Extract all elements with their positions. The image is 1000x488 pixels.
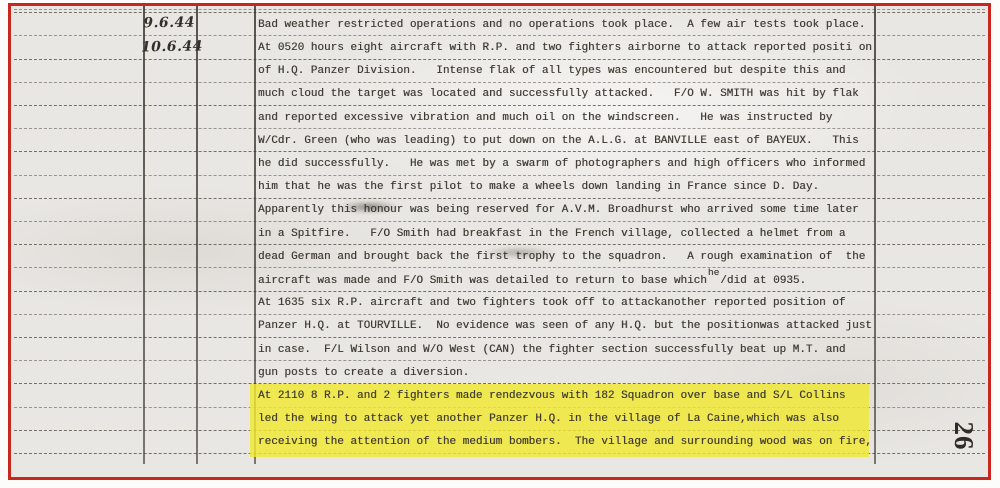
entry-text: aircraft was made and F/O Smith was deta… bbox=[258, 275, 707, 287]
entry-line: At 1635 six R.P. aircraft and two fighte… bbox=[258, 292, 876, 315]
entry-line: in case. F/L Wilson and W/O West (CAN) t… bbox=[258, 339, 876, 362]
entry-line: receiving the attention of the medium bo… bbox=[258, 431, 876, 454]
entry-line: dead German and brought back the first t… bbox=[258, 246, 876, 269]
scanned-document: 9.6.44 10.6.44 Bad weather restricted op… bbox=[0, 0, 1000, 488]
page-number: 26 bbox=[936, 408, 992, 464]
entry-line: him that he was the first pilot to make … bbox=[258, 176, 876, 199]
entry-line: At 2110 8 R.P. and 2 fighters made rende… bbox=[258, 385, 876, 408]
entry-line: Apparently this honour was being reserve… bbox=[258, 199, 876, 222]
entry-line: of H.Q. Panzer Division. Intense flak of… bbox=[258, 60, 876, 83]
entry-line: gun posts to create a diversion. bbox=[258, 362, 876, 385]
entry-line: W/Cdr. Green (who was leading) to put do… bbox=[258, 130, 876, 153]
column-divider bbox=[143, 6, 145, 464]
entry-text: /did at 0935. bbox=[720, 275, 806, 287]
column-divider bbox=[196, 6, 198, 464]
entry-line: in a Spitfire. F/O Smith had breakfast i… bbox=[258, 223, 876, 246]
document-sheet: 9.6.44 10.6.44 Bad weather restricted op… bbox=[8, 3, 991, 480]
margin-date: 9.6.44 bbox=[141, 12, 195, 36]
entry-line: led the wing to attack yet another Panze… bbox=[258, 408, 876, 431]
entry-line: Bad weather restricted operations and no… bbox=[258, 14, 876, 37]
ruled-line bbox=[14, 9, 985, 10]
entry-line: and reported excessive vibration and muc… bbox=[258, 107, 876, 130]
entry-line: much cloud the target was located and su… bbox=[258, 83, 876, 106]
margin-date: 10.6.44 bbox=[141, 35, 195, 59]
entry-line: aircraft was made and F/O Smith was deta… bbox=[258, 269, 876, 292]
entry-line: he did successfully. He was met by a swa… bbox=[258, 153, 876, 176]
inserted-word: he bbox=[708, 267, 719, 278]
entry-line: Panzer H.Q. at TOURVILLE. No evidence wa… bbox=[258, 315, 876, 338]
entry-line: At 0520 hours eight aircraft with R.P. a… bbox=[258, 37, 876, 60]
